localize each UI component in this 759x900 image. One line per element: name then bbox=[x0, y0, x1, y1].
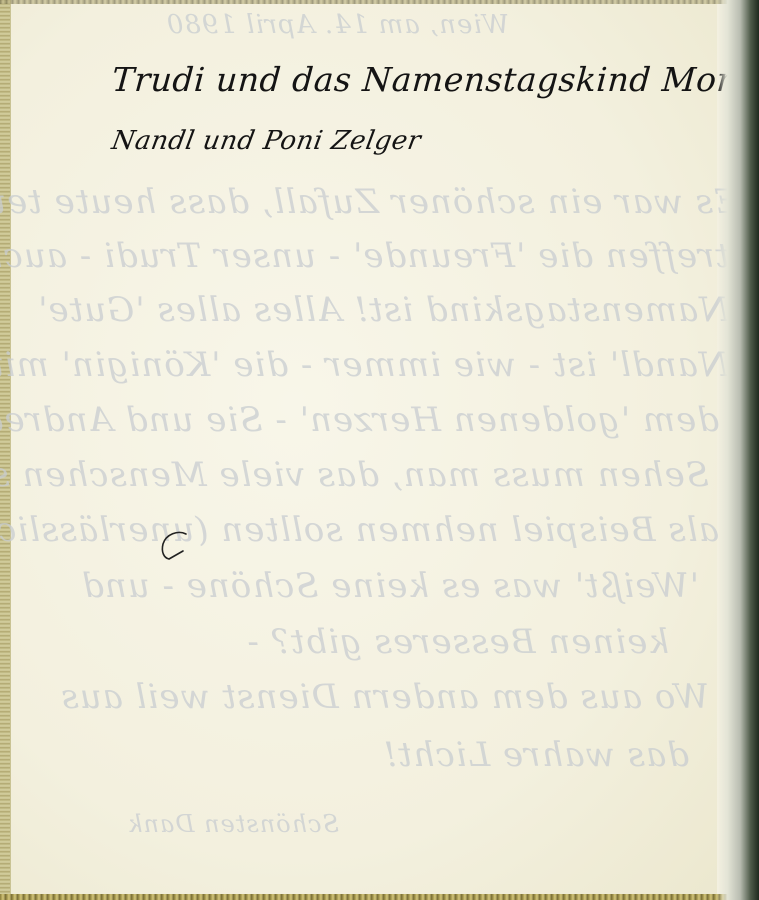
bleed-line: das wahre Licht! bbox=[383, 735, 689, 775]
bleed-line: keinen Besseres gibt? - bbox=[246, 622, 669, 662]
book-binding-shadow bbox=[717, 0, 759, 900]
bleed-line: 'Weißt' was es keine Schöne - und bbox=[81, 566, 699, 606]
bleed-line: Wo aus dem andern Dienst weil aus bbox=[60, 677, 709, 717]
handwritten-line-2: Nandl und Poni Zelger bbox=[109, 126, 423, 156]
bleed-line: Wien, am 14. April 1980 bbox=[166, 10, 509, 40]
document-scan: Wien, am 14. April 1980 Es war ein schön… bbox=[0, 0, 759, 900]
handwritten-line-1: Trudi und das Namenstagskind Monty bbox=[111, 60, 759, 99]
bleed-line: als Beispiel nehmen sollten (unerlässlic… bbox=[0, 510, 719, 550]
bleed-line: Namenstagskind ist! Alles alles 'Gute' bbox=[37, 290, 729, 330]
bleed-line: 'Nandl' ist - wie immer - die 'Königin' … bbox=[0, 345, 739, 385]
bleed-line: Sehen muss man, das viele Menschen sich bbox=[0, 455, 709, 495]
bleed-line: Es war ein schöner Zufall, dass heute te… bbox=[0, 182, 739, 222]
bleed-signature: Schönsten Dank bbox=[127, 810, 339, 838]
pen-mark-c-icon bbox=[158, 528, 192, 562]
bleed-line: treffen die 'Freunde' - unser Trudi - au… bbox=[0, 236, 729, 276]
bleed-line: dem 'goldenen Herzen' - Sie und Andreas … bbox=[0, 400, 719, 440]
